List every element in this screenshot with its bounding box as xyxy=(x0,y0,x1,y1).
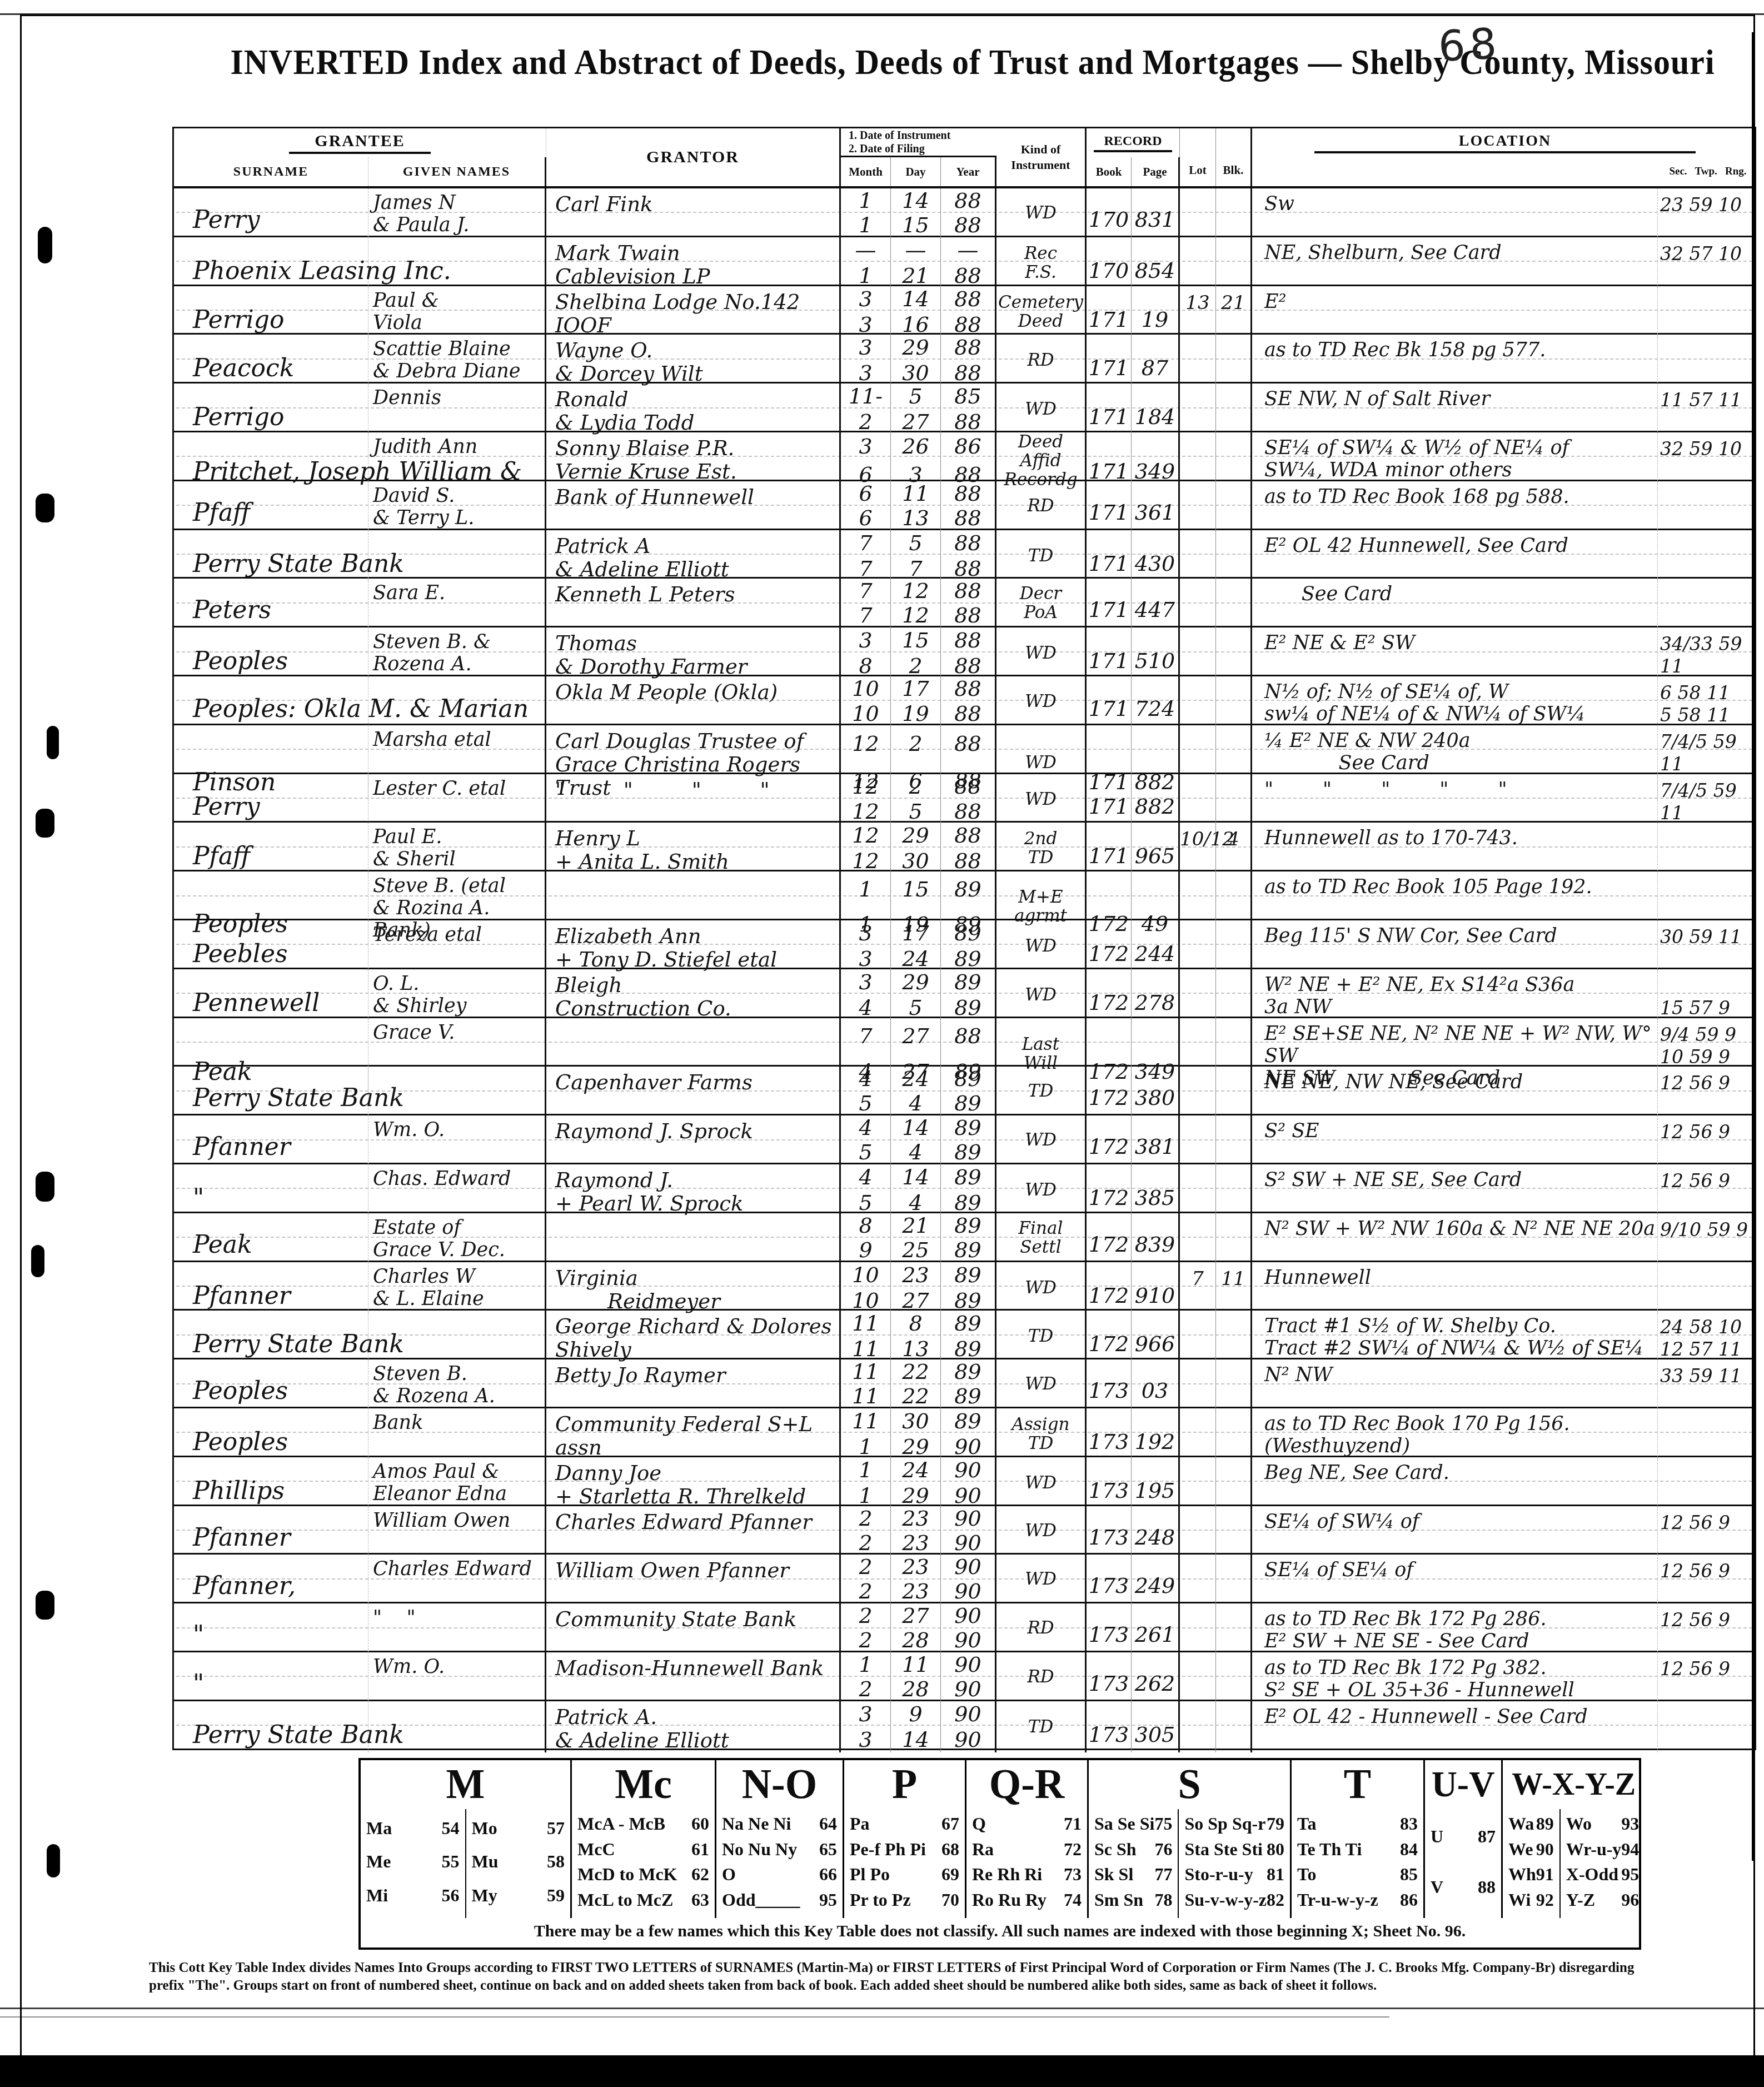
column-label-grantee: GRANTEE xyxy=(174,128,546,157)
cell-record-book: 173 xyxy=(1087,1555,1132,1603)
table-row: Perrigo Paul & Viola Shelbina Lodge No.1… xyxy=(174,286,1755,335)
column-label-day: Day xyxy=(891,157,941,186)
cell-record-book: 172 xyxy=(1087,1262,1132,1313)
key-entry: Y-Z96 xyxy=(1566,1890,1640,1910)
cell-grantee-given-names: Wm. O. xyxy=(368,1652,546,1701)
cell-lot xyxy=(1180,335,1216,386)
key-group-q-r: Q-R Q71Ra72Re Rh Ri73Ro Ru Ry74 xyxy=(966,1760,1089,1918)
table-row: " Chas. Edward Raymond J. + Pearl W. Spr… xyxy=(174,1164,1755,1213)
cell-blk xyxy=(1216,432,1252,489)
cell-kind-of-instrument: WD xyxy=(996,1164,1087,1216)
cell-blk xyxy=(1216,383,1252,435)
cell-kind-of-instrument: WD xyxy=(996,969,1087,1020)
cell-month: 22 xyxy=(841,1555,891,1603)
cell-record-page: 385 xyxy=(1132,1164,1180,1216)
key-entry: Pa67 xyxy=(850,1814,959,1834)
date-of-instrument-label: 1. Date of Instrument xyxy=(849,129,950,142)
key-group-u-v: U-V U87V88 xyxy=(1425,1760,1503,1918)
cell-record-page: 430 xyxy=(1132,530,1180,581)
cell-record-book: 172 xyxy=(1087,1311,1132,1362)
page-title: INVERTED Index and Abstract of Deeds, De… xyxy=(195,42,1751,82)
cell-grantor: Ronald & Lydia Todd xyxy=(546,383,841,435)
cell-grantee-surname: Perry State Bank xyxy=(174,1701,368,1752)
key-entry: Me55 xyxy=(366,1851,460,1872)
cell-blk xyxy=(1216,627,1252,679)
key-entry: Re Rh Ri73 xyxy=(972,1864,1082,1885)
cell-record-page: 195 xyxy=(1132,1457,1180,1508)
cell-grantee-surname: Peoples xyxy=(174,1359,368,1408)
cell-grantee-surname: Peebles xyxy=(174,920,368,972)
cell-day: 1415 xyxy=(891,188,941,237)
cell-grantee-given-names xyxy=(368,1701,546,1752)
cell-grantee-given-names: James N & Paula J. xyxy=(368,188,546,237)
cell-grantee-given-names xyxy=(368,237,546,288)
table-row: Peak Estate of Grace V. Dec. 89 2125 898… xyxy=(174,1213,1755,1262)
cell-grantor: Carl Fink xyxy=(546,188,841,237)
key-entry: Sto-r-u-y81 xyxy=(1184,1864,1284,1885)
cell-kind-of-instrument: RD xyxy=(996,1603,1087,1652)
column-label-kind-of-instrument: Kind of Instrument xyxy=(996,128,1087,186)
cell-sec-twp-rng xyxy=(1658,530,1758,581)
cell-grantee-surname: " xyxy=(174,1652,368,1701)
cell-record-book: 173 xyxy=(1087,1506,1132,1555)
key-group-title: T xyxy=(1292,1760,1423,1810)
cell-grantor: Mark Twain Cablevision LP xyxy=(546,237,841,288)
table-row: Peters Sara E. Kenneth L Peters 77 1212 … xyxy=(174,579,1755,627)
cell-record-page: 03 xyxy=(1132,1359,1180,1408)
cell-blk xyxy=(1216,920,1252,972)
cell-blk xyxy=(1216,481,1252,530)
scan-edge-bottom xyxy=(0,2055,1764,2087)
cell-location: SE¼ of SW¼ & W½ of NE¼ of SW¼, WDA minor… xyxy=(1252,432,1658,489)
key-entry: Ro Ru Ry74 xyxy=(972,1890,1082,1910)
cell-grantor: Virginia Reidmeyer xyxy=(546,1262,841,1313)
table-row: Peoples Steven B. & Rozena A. Thomas & D… xyxy=(174,627,1755,676)
cell-lot xyxy=(1180,1115,1216,1164)
cell-record-book: 172 xyxy=(1087,1115,1132,1164)
cell-blk xyxy=(1216,969,1252,1020)
cell-kind-of-instrument: 2nd TD xyxy=(996,823,1087,874)
table-row: Pfaff David S. & Terry L. Bank of Hunnew… xyxy=(174,481,1755,530)
cell-record-page: 965 xyxy=(1132,823,1180,874)
cell-grantee-given-names xyxy=(368,1311,546,1362)
key-group-title: S xyxy=(1089,1760,1290,1810)
key-entry: Wi92 xyxy=(1508,1890,1554,1910)
cell-grantee-surname: Perry State Bank xyxy=(174,1067,368,1115)
cell-year: 8989 xyxy=(941,920,996,972)
cell-day: 1212 xyxy=(891,579,941,627)
cell-lot xyxy=(1180,1652,1216,1701)
cell-day: 2728 xyxy=(891,1603,941,1652)
cell-grantor xyxy=(546,1213,841,1262)
cell-location: E² OL 42 - Hunnewell - See Card xyxy=(1252,1701,1658,1752)
cell-blk xyxy=(1216,1311,1252,1362)
cell-sec-twp-rng xyxy=(1658,335,1758,386)
cell-kind-of-instrument: Final Settl xyxy=(996,1213,1087,1262)
key-group-n-o: N-O Na Ne Ni64No Nu Ny65O66Odd_____95 xyxy=(716,1760,844,1918)
cell-grantee-surname: " xyxy=(174,1603,368,1652)
key-entry: Ma54 xyxy=(366,1818,460,1839)
cell-blk xyxy=(1216,1701,1252,1752)
table-row: Peoples: Okla M. & Marian Okla M People … xyxy=(174,676,1755,725)
cell-sec-twp-rng: 6 58 11 5 58 11 xyxy=(1658,676,1758,726)
cell-year: 9090 xyxy=(941,1652,996,1701)
table-row: Pinson Marsha etal Carl Douglas Trustee … xyxy=(174,725,1755,774)
cell-record-page: 305 xyxy=(1132,1701,1180,1752)
cell-grantee-surname: Peters xyxy=(174,579,368,627)
binder-hole xyxy=(36,809,54,838)
key-group-title: W-X-Y-Z xyxy=(1503,1760,1645,1810)
cell-blk xyxy=(1216,676,1252,726)
column-label-surname: SURNAME xyxy=(174,157,368,186)
binder-hole xyxy=(47,1844,60,1877)
cell-year: 8989 xyxy=(941,1164,996,1216)
key-table-note: There may be a few names which this Key … xyxy=(361,1918,1639,1947)
cell-location: " " " " " xyxy=(1252,774,1658,824)
key-entry: V88 xyxy=(1431,1877,1496,1897)
cell-grantor: Sonny Blaise P.R. Vernie Kruse Est. xyxy=(546,432,841,489)
key-group-title: U-V xyxy=(1425,1760,1501,1810)
table-row: " Wm. O. Madison-Hunnewell Bank 12 1128 … xyxy=(174,1652,1755,1701)
key-entry: Sm Sn78 xyxy=(1094,1890,1172,1910)
cell-grantor: Madison-Hunnewell Bank xyxy=(546,1652,841,1701)
divider xyxy=(0,2008,1764,2009)
cell-grantor: George Richard & Dolores Shively xyxy=(546,1311,841,1362)
cell-grantor: Okla M People (Okla) xyxy=(546,676,841,726)
cell-record-book: 172 xyxy=(1087,920,1132,972)
cell-location: NE, Shelburn, See Card xyxy=(1252,237,1658,288)
key-entry: Odd_____95 xyxy=(722,1890,837,1910)
cell-month: 45 xyxy=(841,1164,891,1216)
cell-day: 25 xyxy=(891,774,941,824)
cell-location: SE NW, N of Salt River xyxy=(1252,383,1658,435)
cell-blk: 4 xyxy=(1216,823,1252,874)
cell-year: 8588 xyxy=(941,383,996,435)
key-entry: Wo93 xyxy=(1566,1814,1640,1834)
key-entry: X-Odd95 xyxy=(1566,1864,1640,1885)
cell-record-book: 171 xyxy=(1087,627,1132,679)
cell-kind-of-instrument: WD xyxy=(996,1555,1087,1603)
cell-kind-of-instrument: Assign TD xyxy=(996,1408,1087,1460)
cell-location: E² xyxy=(1252,286,1658,337)
cell-blk xyxy=(1216,1652,1252,1701)
cell-grantee-surname: Pennewell xyxy=(174,969,368,1020)
cell-blk xyxy=(1216,1506,1252,1555)
key-entry: No Nu Ny65 xyxy=(722,1839,837,1860)
cell-month: 1010 xyxy=(841,676,891,726)
cell-month: 12 xyxy=(841,1652,891,1701)
key-entry: We90 xyxy=(1508,1839,1554,1860)
cell-sec-twp-rng xyxy=(1658,481,1758,530)
cell-lot xyxy=(1180,1555,1216,1603)
cell-lot xyxy=(1180,1701,1216,1752)
cell-kind-of-instrument: WD xyxy=(996,676,1087,726)
cell-day: 813 xyxy=(891,1311,941,1362)
cell-location: NE NE, NW NE, See Card xyxy=(1252,1067,1658,1115)
deeds-index-table: GRANTEE SURNAME GIVEN NAMES GRANTOR 1. D… xyxy=(172,127,1756,1750)
cell-sec-twp-rng xyxy=(1658,1262,1758,1313)
cell-kind-of-instrument: RD xyxy=(996,481,1087,530)
cell-kind-of-instrument: WD xyxy=(996,383,1087,435)
column-label-lot: Lot xyxy=(1180,128,1216,186)
column-label-record: RECORD xyxy=(1087,128,1180,157)
cell-blk xyxy=(1216,774,1252,824)
cell-day: 1724 xyxy=(891,920,941,972)
sheet-number: 68 xyxy=(1437,18,1502,71)
cell-kind-of-instrument: WD xyxy=(996,920,1087,972)
cell-month: 33 xyxy=(841,1701,891,1752)
cell-sec-twp-rng xyxy=(1658,1408,1758,1460)
cell-grantee-surname: Perry xyxy=(174,188,368,237)
cell-year: —88 xyxy=(941,237,996,288)
cell-day: 1416 xyxy=(891,286,941,337)
cell-grantor: Kenneth L Peters xyxy=(546,579,841,627)
cell-record-book: 173 xyxy=(1087,1652,1132,1701)
cell-day: 2222 xyxy=(891,1359,941,1408)
cell-kind-of-instrument: TD xyxy=(996,530,1087,581)
cell-blk xyxy=(1216,335,1252,386)
cell-year: 8989 xyxy=(941,1213,996,1262)
cell-lot: 10/12 xyxy=(1180,823,1216,874)
cell-month: 89 xyxy=(841,1213,891,1262)
cell-year: 8888 xyxy=(941,286,996,337)
cell-lot xyxy=(1180,530,1216,581)
cell-grantor: Wayne O. & Dorcey Wilt xyxy=(546,335,841,386)
cell-location: as to TD Rec Bk 172 Pg 286. E² SW + NE S… xyxy=(1252,1603,1658,1652)
table-row: Pfanner William Owen Charles Edward Pfan… xyxy=(174,1506,1755,1555)
cell-year: 9090 xyxy=(941,1555,996,1603)
cell-grantee-given-names: Steven B. & Rozena A. xyxy=(368,1359,546,1408)
cell-sec-twp-rng: 12 56 9 xyxy=(1658,1164,1758,1216)
cell-record-page: 248 xyxy=(1132,1506,1180,1555)
cell-kind-of-instrument: Decr PoA xyxy=(996,579,1087,627)
cell-record-book: 172 xyxy=(1087,969,1132,1020)
cell-record-page: 724 xyxy=(1132,676,1180,726)
cell-lot xyxy=(1180,1457,1216,1508)
key-entry: Tr-u-w-y-z86 xyxy=(1297,1890,1418,1910)
cell-year: 8688 xyxy=(941,432,996,489)
cell-record-book: 173 xyxy=(1087,1603,1132,1652)
cell-grantor: Danny Joe + Starletta R. Threlkeld xyxy=(546,1457,841,1508)
cell-record-page: 839 xyxy=(1132,1213,1180,1262)
cell-year: 8888 xyxy=(941,335,996,386)
key-entry: So Sp Sq-r79 xyxy=(1184,1814,1284,1834)
cell-grantee-surname: Pritchet, Joseph William & xyxy=(174,432,368,489)
cell-sec-twp-rng: 12 56 9 xyxy=(1658,1652,1758,1701)
table-row: Pfanner, Charles Edward William Owen Pfa… xyxy=(174,1555,1755,1603)
key-entry: Ta83 xyxy=(1297,1814,1418,1834)
column-label-grantor: GRANTOR xyxy=(546,128,841,186)
key-entry: Sa Se Si75 xyxy=(1094,1814,1172,1834)
cell-grantor: " " " " xyxy=(546,774,841,824)
cell-grantee-given-names: Tereza etal xyxy=(368,920,546,972)
cell-year: 9090 xyxy=(941,1506,996,1555)
cell-sec-twp-rng: 12 56 9 xyxy=(1658,1506,1758,1555)
cell-record-book: 171 xyxy=(1087,481,1132,530)
cell-kind-of-instrument: WD xyxy=(996,627,1087,679)
cell-month: 66 xyxy=(841,481,891,530)
cell-grantee-given-names: Estate of Grace V. Dec. xyxy=(368,1213,546,1262)
cell-record-page: 381 xyxy=(1132,1115,1180,1164)
page-header: INVERTED Index and Abstract of Deeds, De… xyxy=(195,43,1751,82)
footer-note: This Cott Key Table Index divides Names … xyxy=(149,1959,1638,1995)
cell-kind-of-instrument: WD xyxy=(996,1262,1087,1313)
cell-year: 8989 xyxy=(941,969,996,1020)
cell-record-page: 882 xyxy=(1132,774,1180,824)
cell-location: N² SW + W² NW 160a & N² NE NE 20a xyxy=(1252,1213,1658,1262)
cell-sec-twp-rng: 7/4/5 59 11 xyxy=(1658,774,1758,824)
key-group-m: M Ma54Me55Mi56 Mo57Mu58My59 xyxy=(361,1760,572,1918)
key-group-s: S Sa Se Si75Sc Sh76Sk Sl77Sm Sn78 So Sp … xyxy=(1089,1760,1292,1918)
cell-sec-twp-rng: 9/10 59 9 xyxy=(1658,1213,1758,1262)
key-table: M Ma54Me55Mi56 Mo57Mu58My59 Mc McA - McB… xyxy=(358,1758,1641,1950)
cell-kind-of-instrument: TD xyxy=(996,1311,1087,1362)
cell-sec-twp-rng xyxy=(1658,1701,1758,1752)
cell-kind-of-instrument: WD xyxy=(996,1506,1087,1555)
key-entry: Wr-u-y94 xyxy=(1566,1839,1640,1860)
cell-blk xyxy=(1216,1457,1252,1508)
cell-sec-twp-rng: 24 58 10 12 57 11 xyxy=(1658,1311,1758,1362)
cell-record-page: 361 xyxy=(1132,481,1180,530)
cell-grantee-given-names: " " xyxy=(368,1603,546,1652)
cell-day: 527 xyxy=(891,383,941,435)
cell-record-page: 192 xyxy=(1132,1408,1180,1460)
cell-sec-twp-rng xyxy=(1658,579,1758,627)
key-entry: Na Ne Ni64 xyxy=(722,1814,837,1834)
cell-lot xyxy=(1180,1067,1216,1115)
cell-day: 1113 xyxy=(891,481,941,530)
cell-lot xyxy=(1180,579,1216,627)
key-entry: Su-v-w-y-z82 xyxy=(1184,1890,1284,1910)
cell-lot xyxy=(1180,1311,1216,1362)
key-entry: My59 xyxy=(472,1885,565,1906)
cell-sec-twp-rng: 12 56 9 xyxy=(1658,1555,1758,1603)
cell-record-page: 380 xyxy=(1132,1067,1180,1115)
cell-location: Beg 115' S NW Cor, See Card xyxy=(1252,920,1658,972)
table-row: Perry Lester C. etal " " " " 1212 25 888… xyxy=(174,774,1755,823)
cell-location: N½ of; N½ of SE¼ of, W sw¼ of NE¼ of & N… xyxy=(1252,676,1658,726)
cell-lot xyxy=(1180,1603,1216,1652)
cell-record-book: 172 xyxy=(1087,1067,1132,1115)
cell-month: 1111 xyxy=(841,1311,891,1362)
cell-record-book: 172 xyxy=(1087,1213,1132,1262)
cell-blk xyxy=(1216,1359,1252,1408)
cell-grantor: Bleigh Construction Co. xyxy=(546,969,841,1020)
cell-grantor: Patrick A & Adeline Elliott xyxy=(546,530,841,581)
cell-grantee-surname: Perrigo xyxy=(174,286,368,337)
cell-month: 77 xyxy=(841,579,891,627)
cell-location: as to TD Rec Book 170 Pg 156. (Westhuyze… xyxy=(1252,1408,1658,1460)
cell-grantee-given-names: O. L. & Shirley xyxy=(368,969,546,1020)
cell-blk xyxy=(1216,188,1252,237)
date-of-filing-label: 2. Date of Filing xyxy=(849,142,925,156)
cell-lot xyxy=(1180,969,1216,1020)
ledger-page: INVERTED Index and Abstract of Deeds, De… xyxy=(0,0,1764,2087)
key-entry: O66 xyxy=(722,1864,837,1885)
cell-record-book: 171 xyxy=(1087,579,1132,627)
cell-grantee-surname: Perrigo xyxy=(174,383,368,435)
cell-grantee-surname: Peak xyxy=(174,1213,368,1262)
cell-day: 1719 xyxy=(891,676,941,726)
cell-grantee-surname: Pfanner xyxy=(174,1506,368,1555)
cell-grantee-surname: Peoples xyxy=(174,1408,368,1460)
cell-record-page: 966 xyxy=(1132,1311,1180,1362)
cell-location: as to TD Rec Bk 172 Pg 382. S² SE + OL 3… xyxy=(1252,1652,1658,1701)
cell-blk xyxy=(1216,1408,1252,1460)
cell-record-book: 171 xyxy=(1087,286,1132,337)
table-header: GRANTEE SURNAME GIVEN NAMES GRANTOR 1. D… xyxy=(174,128,1755,188)
cell-record-book: 171 xyxy=(1087,774,1132,824)
cell-day: 152 xyxy=(891,627,941,679)
cell-day: 295 xyxy=(891,969,941,1020)
cell-day: 2323 xyxy=(891,1555,941,1603)
cell-day: 2429 xyxy=(891,1457,941,1508)
cell-grantee-surname: Perry State Bank xyxy=(174,530,368,581)
binder-hole xyxy=(36,1591,54,1620)
cell-grantee-surname: Peoples xyxy=(174,627,368,679)
binder-hole xyxy=(36,1172,54,1202)
cell-grantee-given-names: Chas. Edward xyxy=(368,1164,546,1216)
cell-grantor: Community State Bank xyxy=(546,1603,841,1652)
cell-grantee-given-names: Paul E. & Sheril xyxy=(368,823,546,874)
cell-lot xyxy=(1180,1359,1216,1408)
cell-kind-of-instrument: WD xyxy=(996,1457,1087,1508)
key-group-title: Q-R xyxy=(966,1760,1087,1810)
cell-year: 8989 xyxy=(941,1067,996,1115)
cell-location: SE¼ of SW¼ of xyxy=(1252,1506,1658,1555)
cell-sec-twp-rng: 11 57 11 xyxy=(1658,383,1758,435)
cell-month: 1111 xyxy=(841,1359,891,1408)
cell-location: W² NE + E² NE, Ex S14²a S36a 3a NW xyxy=(1252,969,1658,1020)
cell-grantee-surname: Peoples: Okla M. & Marian xyxy=(174,676,368,726)
table-row: Perry State Bank George Richard & Dolore… xyxy=(174,1311,1755,1359)
cell-grantee-given-names: Charles Edward xyxy=(368,1555,546,1603)
cell-record-page: 349 xyxy=(1132,432,1180,489)
cell-location: as to TD Rec Book 168 pg 588. xyxy=(1252,481,1658,530)
cell-kind-of-instrument: WD xyxy=(996,188,1087,237)
cell-grantor: Thomas & Dorothy Farmer xyxy=(546,627,841,679)
cell-location: E² NE & E² SW xyxy=(1252,627,1658,679)
cell-day: 244 xyxy=(891,1067,941,1115)
cell-lot xyxy=(1180,432,1216,489)
cell-record-page: 249 xyxy=(1132,1555,1180,1603)
key-group-mc: Mc McA - McB60McC61McD to McK62McL to Mc… xyxy=(572,1760,716,1918)
key-table-groups: M Ma54Me55Mi56 Mo57Mu58My59 Mc McA - McB… xyxy=(361,1760,1639,1918)
cell-year: 9090 xyxy=(941,1457,996,1508)
cell-sec-twp-rng: 34/33 59 11 xyxy=(1658,627,1758,679)
column-label-blk: Blk. xyxy=(1216,128,1252,186)
cell-location: Hunnewell as to 170-743. xyxy=(1252,823,1658,874)
cell-grantee-given-names xyxy=(368,1067,546,1115)
cell-lot xyxy=(1180,774,1216,824)
key-group-title: N-O xyxy=(716,1760,843,1810)
table-row: Phoenix Leasing Inc. Mark Twain Cablevis… xyxy=(174,237,1755,286)
cell-month: 22 xyxy=(841,1603,891,1652)
cell-grantee-given-names: Judith Ann xyxy=(368,432,546,489)
cell-grantee-given-names xyxy=(368,530,546,581)
cell-lot xyxy=(1180,481,1216,530)
cell-grantee-surname: Phoenix Leasing Inc. xyxy=(174,237,368,288)
cell-record-page: 278 xyxy=(1132,969,1180,1020)
cell-record-page: 854 xyxy=(1132,237,1180,288)
cell-grantee-surname: Pfaff xyxy=(174,823,368,874)
table-row: Perry State Bank Patrick A. & Adeline El… xyxy=(174,1701,1755,1750)
cell-grantee-surname: Perry State Bank xyxy=(174,1311,368,1362)
key-entry: U87 xyxy=(1431,1826,1496,1847)
cell-day: 2327 xyxy=(891,1262,941,1313)
cell-grantor: Raymond J. Sprock xyxy=(546,1115,841,1164)
cell-sec-twp-rng: 30 59 11 xyxy=(1658,920,1758,972)
